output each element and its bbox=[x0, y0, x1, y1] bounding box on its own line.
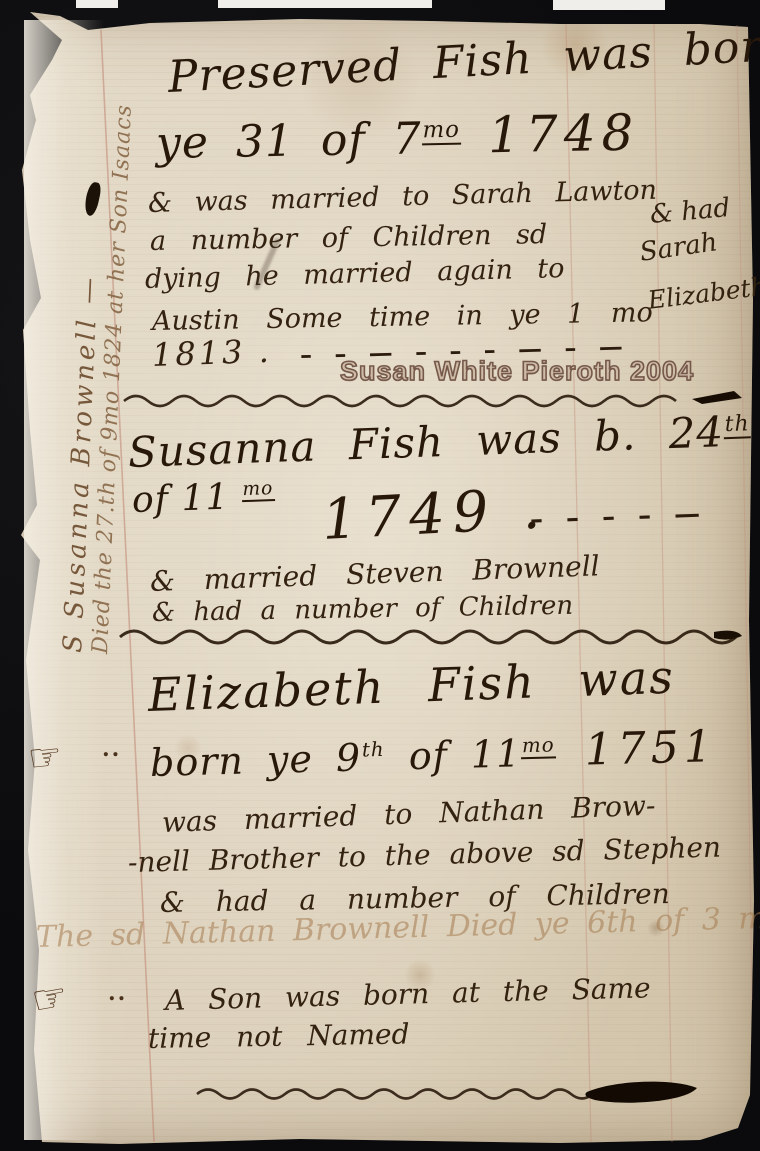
wavy-divider bbox=[118, 624, 748, 646]
preserved-body-line5: 1813 . bbox=[151, 332, 272, 374]
manicule-dots: .. bbox=[102, 736, 121, 762]
scanner-tab bbox=[553, 0, 665, 10]
watermark-text: Susan White Pieroth 2004 bbox=[340, 356, 694, 387]
susanna-date-pre: of 11 bbox=[131, 476, 242, 521]
elizabeth-date-year: 1751 bbox=[555, 721, 717, 776]
son-body-line2: time not Named bbox=[148, 1017, 410, 1055]
elizabeth-date-superscript2: mo bbox=[521, 734, 556, 760]
susanna-date: of 11 mo bbox=[131, 475, 275, 521]
preserved-date-year: 1748 bbox=[488, 104, 640, 165]
manuscript-scan: S Susanna Brownell — Died the 27.th of 9… bbox=[0, 0, 760, 1151]
preserved-date-pre: ye 31 of 7 bbox=[156, 113, 422, 169]
preserved-date: ye 31 of 7mo 1748 bbox=[155, 104, 639, 170]
manicule-dots: .. bbox=[108, 980, 127, 1006]
scanner-tab bbox=[76, 0, 118, 8]
wavy-divider bbox=[122, 390, 748, 410]
elizabeth-date-pre: born ye 9 bbox=[149, 735, 361, 785]
manicule-icon: ☞ bbox=[26, 733, 64, 780]
susanna-trailing-dashes: – – – – — bbox=[529, 499, 707, 535]
susanna-year: 1749 . bbox=[320, 476, 549, 553]
susanna-title-superscript: th bbox=[723, 411, 751, 439]
preserved-date-superscript: mo bbox=[421, 117, 461, 146]
elizabeth-date-superscript1: th bbox=[361, 738, 386, 762]
scanner-tab bbox=[218, 0, 432, 8]
manicule-icon: ☞ bbox=[28, 973, 71, 1025]
elizabeth-date-mid: of 11 bbox=[385, 731, 522, 779]
susanna-date-superscript: mo bbox=[241, 478, 275, 502]
wavy-divider-with-ink-blot bbox=[195, 1076, 705, 1112]
